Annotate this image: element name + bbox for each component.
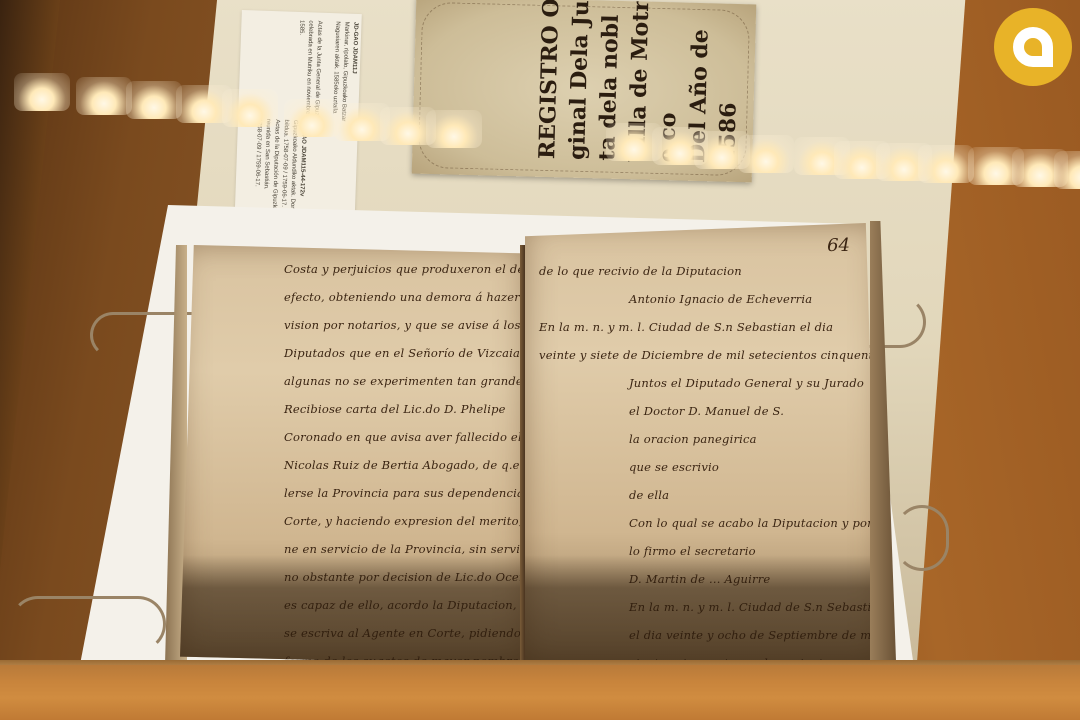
page-edge-right <box>870 221 896 661</box>
label-line: celebrada en Mutriku en noviembre de <box>304 20 314 123</box>
logo-glyph <box>1013 27 1053 67</box>
label-line: 1758-07-09 / 1759-06-17. <box>254 119 262 187</box>
handwritten-line: de lo que recivio de la Diputacion <box>539 257 866 285</box>
handwritten-line: Juntos el Diputado General y su Jurado <box>539 369 866 397</box>
shadow-overlay <box>180 555 525 665</box>
exhibit-label-top: JD-GAO JDAM11J Markinar, ripolalo, Gipuz… <box>293 20 360 127</box>
handwritten-line: veinte y siete de Diciembre de mil setec… <box>539 341 866 369</box>
manuscript-page-left: Costa y perjuicios que produxeron el des… <box>180 245 525 665</box>
label-line: reunida en San Sebastián. <box>263 119 271 190</box>
handwritten-line: la oracion panegirica <box>539 425 866 453</box>
illum-line: REGISTRO ORI <box>534 0 565 159</box>
handwritten-line: Diputados que en el Señorío de Vizcaia, … <box>194 339 511 367</box>
handwritten-line: Recibiose carta del Lic.do D. Phelipe <box>194 395 511 423</box>
label-line: Actas de la Junta General de Gipuzkoa <box>313 21 323 126</box>
handwritten-line: de ella <box>539 481 866 509</box>
handwritten-line: efecto, obteniendo una demora á hazerse … <box>194 283 511 311</box>
handwritten-line: Costa y perjuicios que produxeron el des… <box>194 255 511 283</box>
illum-line: e co <box>654 112 681 162</box>
page-number: 64 <box>827 235 850 256</box>
handwritten-line: vision por notarios, y que se avise á lo… <box>194 311 511 339</box>
handwritten-line: En la m. n. y m. l. Ciudad de S.n Sebast… <box>539 313 866 341</box>
open-manuscript-book: Costa y perjuicios que produxeron el des… <box>150 215 910 675</box>
handwritten-line: el Doctor D. Manuel de S. <box>539 397 866 425</box>
illum-line: ta dela nobl <box>594 14 624 161</box>
label-line: bildua. 1758-07-09 / 1759-06-17. <box>280 119 289 207</box>
handwritten-line: Coronado en que avisa aver fallecido el … <box>194 423 511 451</box>
letter-a-logo-icon <box>994 8 1072 86</box>
illum-line: ginal Dela Ju <box>564 0 594 160</box>
museum-display-scene: JD-GAO JDAM11J Markinar, ripolalo, Gipuz… <box>0 0 1080 720</box>
handwritten-line: Corte, y haciendo expresion del merito, … <box>194 507 511 535</box>
binding-string-left-bottom <box>10 596 166 652</box>
label-line: 1585. <box>298 20 305 35</box>
handwritten-line: que se escrivio <box>539 453 866 481</box>
handwritten-line: lerse la Provincia para sus dependencias… <box>194 479 511 507</box>
illum-line: Del Año de <box>684 29 713 164</box>
label-line: Actas de la Diputación de Gipuzkoa, <box>271 119 280 216</box>
label-line: JG-GAO JDAM115-44-172v <box>298 120 307 196</box>
handwritten-line: algunas no se experimenten tan grandes n… <box>194 367 511 395</box>
manuscript-page-right: 64 de lo que recivio de la Diputacion An… <box>525 223 880 665</box>
exhibit-label: JD-GAO JDAM11J Markinar, ripolalo, Gipuz… <box>234 10 362 234</box>
shadow-overlay <box>525 555 880 665</box>
label-line: Markinar, ripolalo, Gipuzkoako Batzar <box>340 22 349 122</box>
handwritten-line: Nicolas Ruiz de Bertia Abogado, de q.e s… <box>194 451 511 479</box>
handwritten-line: Antonio Ignacio de Echeverria <box>539 285 866 313</box>
illuminated-title-text: REGISTRO ORI ginal Dela Ju ta dela nobl … <box>532 0 747 164</box>
illum-line: 1586 <box>714 102 742 164</box>
label-line: JD-GAO JDAM11J <box>351 22 359 74</box>
handwritten-line: Con lo qual se acabo la Diputacion y por… <box>539 509 866 537</box>
illum-line: Villa de Motr <box>624 0 654 162</box>
illuminated-title-page: REGISTRO ORI ginal Dela Ju ta dela nobl … <box>412 0 757 182</box>
label-line: Nagusiaren aktak. 1585eko uztaila <box>331 21 340 113</box>
wooden-shelf <box>0 665 1080 720</box>
